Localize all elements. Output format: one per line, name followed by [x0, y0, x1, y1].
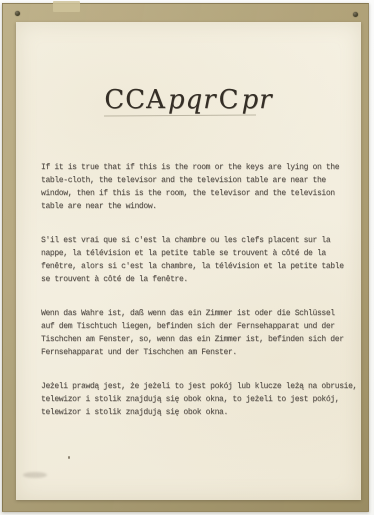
- text-line: nappe, la télévision et la petite table …: [41, 247, 357, 260]
- mounting-board: CCApqrCpr If it is true that if this is …: [2, 3, 369, 512]
- text-block: If it is true that if this is the room o…: [41, 161, 357, 440]
- pencil-smudge: [23, 472, 47, 478]
- pin-icon: [353, 12, 358, 17]
- text-line: auf dem Tischtuch liegen, befinden sich …: [41, 320, 357, 333]
- paragraph-english: If it is true that if this is the room o…: [41, 161, 357, 213]
- artwork-photo: CCApqrCpr If it is true that if this is …: [0, 0, 374, 515]
- text-line: table-cloth, the televisor and the telev…: [41, 174, 357, 187]
- title-segment: CCA: [104, 85, 166, 115]
- paragraph-french: S'il est vrai que si c'est la chambre ou…: [41, 234, 357, 286]
- text-line: window, then if this is the room, the te…: [41, 187, 357, 200]
- title-segment: pqr: [168, 85, 217, 115]
- tape-remnant: [53, 1, 80, 12]
- title-formula: CCApqrCpr: [16, 85, 361, 115]
- text-line: Tischchen am Fenster, so, wenn das ein Z…: [41, 333, 357, 346]
- pencil-line: [104, 114, 256, 116]
- title-segment: C: [219, 85, 240, 115]
- text-line: table are near the window.: [41, 200, 357, 213]
- paragraph-polish: Jeżeli prawdą jest, że jeżeli to jest po…: [41, 380, 357, 419]
- text-line: telewizor i stolik znajdują się obok okn…: [41, 393, 357, 406]
- text-line: S'il est vrai que si c'est la chambre ou…: [41, 234, 357, 247]
- text-line: fenêtre, alors si c'est la chambre, la t…: [41, 260, 357, 273]
- text-line: Jeżeli prawdą jest, że jeżeli to jest po…: [41, 380, 357, 393]
- paper-sheet: CCApqrCpr If it is true that if this is …: [16, 22, 361, 500]
- text-line: se trouvent à côté de la fenêtre.: [41, 273, 357, 286]
- text-line: If it is true that if this is the room o…: [41, 161, 357, 174]
- paragraph-german: Wenn das Wahre ist, daß wenn das ein Zim…: [41, 307, 357, 359]
- text-line: telewizor i stolik znajdują się obok okn…: [41, 406, 357, 419]
- pin-icon: [15, 11, 20, 16]
- ink-fleck: [68, 456, 70, 459]
- text-line: Fernsehapparat und der Tischchen am Fens…: [41, 346, 357, 359]
- text-line: Wenn das Wahre ist, daß wenn das ein Zim…: [41, 307, 357, 320]
- title-segment: pr: [242, 85, 273, 115]
